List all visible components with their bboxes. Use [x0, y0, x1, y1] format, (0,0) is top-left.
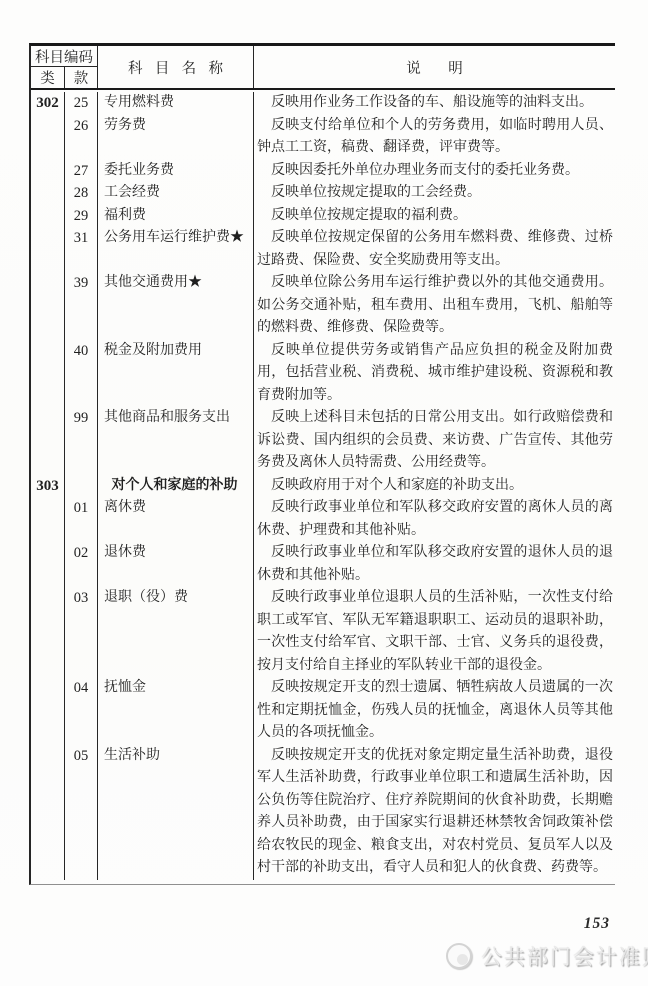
class-code-cell: [31, 407, 65, 475]
table-row: 02 退休费 反映行政事业单位和军队移交政府安置的退休人员的退休费和其他补贴。: [31, 542, 615, 587]
description-cell: 反映单位按规定提取的工会经费。: [254, 182, 615, 205]
item-code-cell: 40: [65, 340, 98, 408]
subject-name-cell: 委托业务费: [98, 160, 254, 183]
subject-name-cell: 税金及附加费用: [98, 340, 254, 408]
table-row: 29 福利费 反映单位按规定提取的福利费。: [31, 205, 615, 228]
class-code-cell: [31, 115, 65, 160]
subject-name-cell: 公务用车运行维护费★: [98, 227, 254, 272]
description-cell: 反映行政事业单位和军队移交政府安置的离休人员的离休费、护理费和其他补贴。: [254, 497, 615, 542]
subject-name-cell: 其他交通费用★: [98, 272, 254, 340]
class-code-cell: [31, 587, 65, 677]
class-code-cell: [31, 205, 65, 228]
table-row: 03 退职（役）费 反映行政事业单位退职人员的生活补贴，一次性支付给职工或军官、…: [31, 587, 615, 677]
subject-name-cell: 抚恤金: [98, 677, 254, 745]
table-header: 科目编码 科目名称 说明 类 款: [31, 46, 615, 90]
header-item: 款: [65, 67, 98, 88]
header-subject-name: 科目名称: [98, 46, 254, 88]
publisher-logo-icon: [446, 943, 472, 969]
description-cell: 反映上述科目未包括的日常公用支出。如行政赔偿费和诉讼费、国内组织的会员费、来访费…: [254, 407, 615, 475]
description-cell: 反映单位提供劳务或销售产品应负担的税金及附加费用，包括营业税、消费税、城市维护建…: [254, 340, 615, 408]
header-class: 类: [31, 67, 65, 88]
table-row: 05 生活补助 反映按规定开支的优抚对象定期定量生活补助费，退役军人生活补助费，…: [31, 745, 615, 880]
item-code-cell: 29: [65, 205, 98, 228]
document-page: 科目编码 科目名称 说明 类 款 302 25 专用燃料费 反映用作业务工作设备…: [0, 0, 648, 986]
class-code-cell: [31, 677, 65, 745]
subject-name-cell: 离休费: [98, 497, 254, 542]
item-code-cell: 04: [65, 677, 98, 745]
table-row: 27 委托业务费 反映因委托外单位办理业务而支付的委托业务费。: [31, 160, 615, 183]
item-code-cell: 05: [65, 745, 98, 880]
class-code-cell: 302: [31, 92, 65, 115]
header-item-label: 款: [74, 67, 89, 88]
class-code-cell: [31, 542, 65, 587]
subject-name-cell: 福利费: [98, 205, 254, 228]
table-row: 04 抚恤金 反映按规定开支的烈士遗属、牺牲病故人员遗属的一次性和定期抚恤金，伤…: [31, 677, 615, 745]
watermark-text: 公共部门会计准则: [481, 941, 648, 971]
subject-code-table: 科目编码 科目名称 说明 类 款 302 25 专用燃料费 反映用作业务工作设备…: [29, 43, 615, 885]
description-cell: 反映因委托外单位办理业务而支付的委托业务费。: [254, 160, 615, 183]
table-row: 31 公务用车运行维护费★ 反映单位按规定保留的公务用车燃料费、维修费、过桥过路…: [31, 227, 615, 272]
table-row: 99 其他商品和服务支出 反映上述科目未包括的日常公用支出。如行政赔偿费和诉讼费…: [31, 407, 615, 475]
table-row: 303 对个人和家庭的补助 反映政府用于对个人和家庭的补助支出。: [31, 475, 615, 498]
subject-name-cell: 工会经费: [98, 182, 254, 205]
publisher-watermark: 公共部门会计准则: [446, 941, 648, 971]
item-code-cell: 31: [65, 227, 98, 272]
description-cell: 反映行政事业单位退职人员的生活补贴，一次性支付给职工或军官、军队无军籍退职职工、…: [254, 587, 615, 677]
description-cell: 反映单位按规定提取的福利费。: [254, 205, 615, 228]
item-code-cell: 28: [65, 182, 98, 205]
item-code-cell: 26: [65, 115, 98, 160]
table-row: 01 离休费 反映行政事业单位和军队移交政府安置的离休人员的离休费、护理费和其他…: [31, 497, 615, 542]
header-description-label: 说明: [406, 57, 490, 78]
subject-name-cell: 其他商品和服务支出: [98, 407, 254, 475]
header-subject-code: 科目编码: [31, 46, 98, 67]
description-cell: 反映单位按规定保留的公务用车燃料费、维修费、过桥过路费、保险费、安全奖励费用等支…: [254, 227, 615, 272]
class-code-cell: [31, 497, 65, 542]
header-subject-name-label: 科目名称: [128, 57, 235, 78]
subject-name-cell: 劳务费: [98, 115, 254, 160]
table-row: 26 劳务费 反映支付给单位和个人的劳务费用，如临时聘用人员、钟点工工资，稿费、…: [31, 115, 615, 160]
table-row: 39 其他交通费用★ 反映单位除公务用车运行维护费以外的其他交通费用。如公务交通…: [31, 272, 615, 340]
description-cell: 反映用作业务工作设备的车、船设施等的油料支出。: [254, 92, 615, 115]
table-body: 302 25 专用燃料费 反映用作业务工作设备的车、船设施等的油料支出。 26 …: [31, 90, 615, 884]
item-code-cell: [65, 475, 98, 498]
item-code-cell: 25: [65, 92, 98, 115]
table-row: 40 税金及附加费用 反映单位提供劳务或销售产品应负担的税金及附加费用，包括营业…: [31, 340, 615, 408]
header-description: 说明: [254, 46, 615, 88]
class-code-cell: [31, 272, 65, 340]
table-row: 302 25 专用燃料费 反映用作业务工作设备的车、船设施等的油料支出。: [31, 92, 615, 115]
subject-name-cell: 专用燃料费: [98, 92, 254, 115]
header-class-label: 类: [40, 67, 55, 88]
item-code-cell: 99: [65, 407, 98, 475]
subject-name-cell: 退休费: [98, 542, 254, 587]
description-cell: 反映行政事业单位和军队移交政府安置的退休人员的退休费和其他补贴。: [254, 542, 615, 587]
item-code-cell: 01: [65, 497, 98, 542]
class-code-cell: [31, 160, 65, 183]
page-number: 153: [584, 915, 610, 933]
item-code-cell: 39: [65, 272, 98, 340]
item-code-cell: 02: [65, 542, 98, 587]
item-code-cell: 03: [65, 587, 98, 677]
table-row: 28 工会经费 反映单位按规定提取的工会经费。: [31, 182, 615, 205]
class-code-cell: 303: [31, 475, 65, 498]
subject-name-cell: 生活补助: [98, 745, 254, 880]
class-code-cell: [31, 340, 65, 408]
item-code-cell: 27: [65, 160, 98, 183]
class-code-cell: [31, 745, 65, 880]
subject-name-cell: 对个人和家庭的补助: [98, 475, 254, 498]
description-cell: 反映按规定开支的烈士遗属、牺牲病故人员遗属的一次性和定期抚恤金，伤残人员的抚恤金…: [254, 677, 615, 745]
subject-name-cell: 退职（役）费: [98, 587, 254, 677]
class-code-cell: [31, 227, 65, 272]
description-cell: 反映政府用于对个人和家庭的补助支出。: [254, 475, 615, 498]
class-code-cell: [31, 182, 65, 205]
description-cell: 反映单位除公务用车运行维护费以外的其他交通费用。如公务交通补贴，租车费用、出租车…: [254, 272, 615, 340]
header-subject-code-label: 科目编码: [35, 46, 93, 67]
description-cell: 反映支付给单位和个人的劳务费用，如临时聘用人员、钟点工工资，稿费、翻译费，评审费…: [254, 115, 615, 160]
description-cell: 反映按规定开支的优抚对象定期定量生活补助费，退役军人生活补助费，行政事业单位职工…: [254, 745, 615, 880]
